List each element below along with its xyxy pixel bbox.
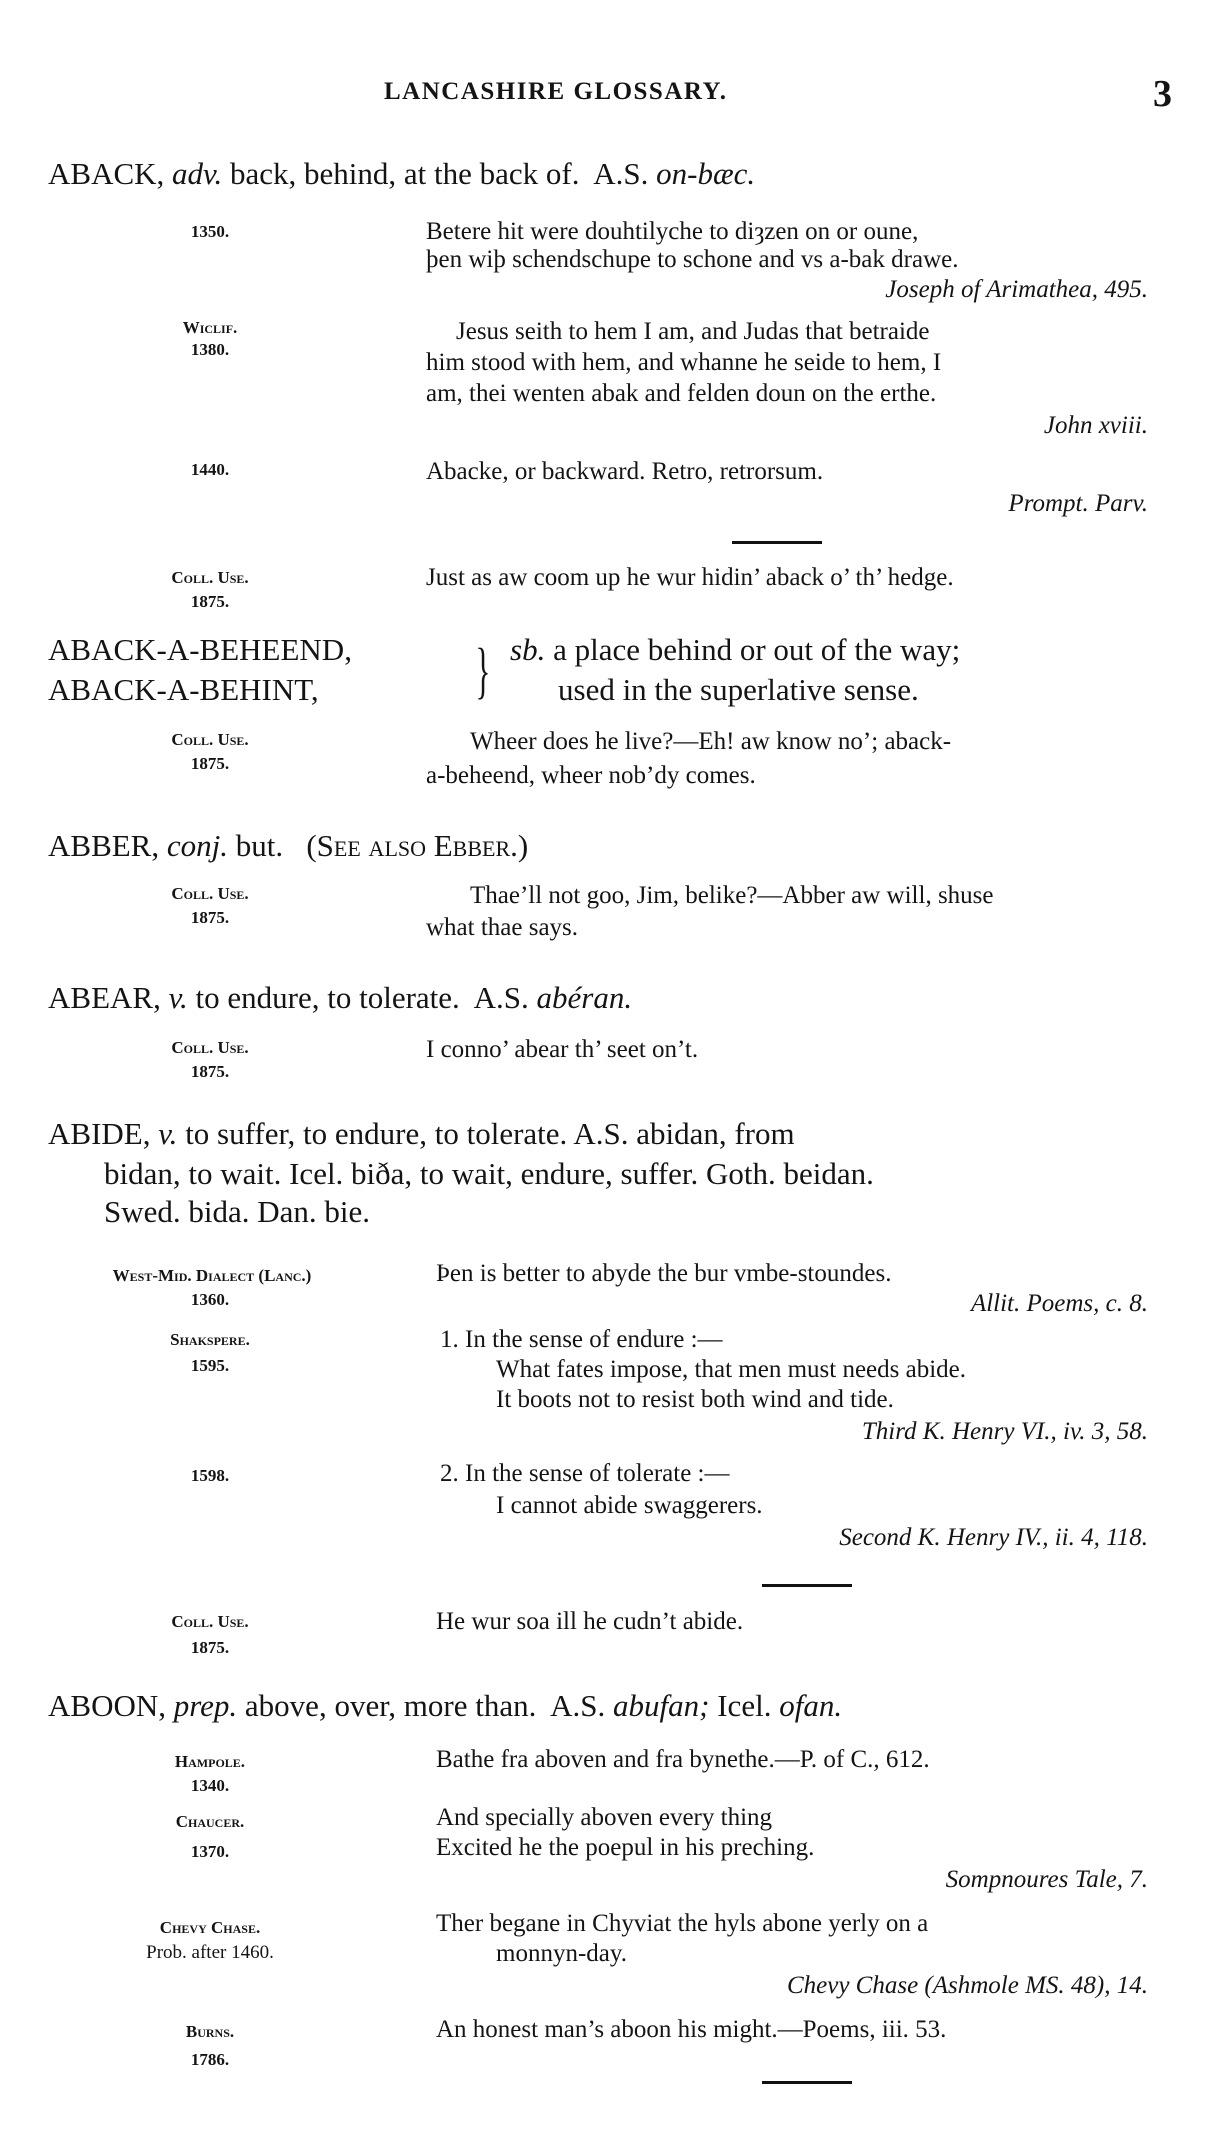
quote-line: It boots not to resist both wind and tid… xyxy=(496,1386,894,1414)
quote-line: Wheer does he live?—Eh! aw know no’; aba… xyxy=(470,728,951,756)
quote-line: What fates impose, that men must needs a… xyxy=(496,1356,966,1384)
definition: to suffer, to endure, to tolerate. A.S. … xyxy=(185,1116,794,1151)
citation-year: 1875. xyxy=(110,592,310,612)
cross-reference-link[interactable]: (See also Ebber.) xyxy=(306,828,528,863)
headword: ABACK, xyxy=(48,156,164,191)
quote-line: am, thei wenten abak and felden doun on … xyxy=(426,380,936,408)
citation-source: Sompnoures Tale, 7. xyxy=(946,1866,1148,1894)
etymology-language: A.S. xyxy=(550,1688,605,1723)
citation-author: Coll. Use. xyxy=(110,1612,310,1632)
definition: sb. a place behind or out of the way; xyxy=(510,632,960,668)
quote-line: Ther begane in Chyviat the hyls abone ye… xyxy=(436,1910,928,1938)
citation-author: Coll. Use. xyxy=(110,1038,310,1058)
quote-line: And specially aboven every thing xyxy=(436,1804,772,1832)
citation-author: Shakspere. xyxy=(110,1330,310,1350)
quote-line: I cannot abide swaggerers. xyxy=(496,1492,763,1520)
sense-heading: 1. In the sense of endure :— xyxy=(440,1326,723,1354)
entry-abear-headline: ABEAR, v. to endure, to tolerate. A.S. a… xyxy=(48,980,632,1016)
citation-source: Joseph of Arimathea, 495. xyxy=(885,276,1148,304)
citation-author: Burns. xyxy=(110,2022,310,2042)
etymology-word: ofan. xyxy=(779,1688,842,1723)
citation-year: 1360. xyxy=(110,1290,310,1310)
quote-line: a-beheend, wheer nob’dy comes. xyxy=(426,762,756,790)
quote-line: Bathe fra aboven and fra bynethe.—P. of … xyxy=(436,1746,930,1774)
quote-line: what thae says. xyxy=(426,914,578,942)
citation-author: Hampole. xyxy=(110,1752,310,1772)
citation-year: 1440. xyxy=(110,460,310,480)
definition-continued: bidan, to wait. Icel. biða, to wait, end… xyxy=(104,1156,874,1192)
section-rule xyxy=(762,2081,852,2084)
citation-source: Second K. Henry IV., ii. 4, 118. xyxy=(839,1524,1148,1552)
quote-line: I conno’ abear th’ seet on’t. xyxy=(426,1036,698,1064)
quote-line: He wur soa ill he cudn’t abide. xyxy=(436,1608,743,1636)
quote-line: Just as aw coom up he wur hidin’ aback o… xyxy=(426,564,954,592)
citation-author: Chevy Chase. xyxy=(110,1918,310,1938)
part-of-speech: prep. xyxy=(174,1688,237,1723)
citation-year: 1598. xyxy=(110,1466,310,1486)
part-of-speech: v. xyxy=(158,1116,177,1151)
etymology-word: abufan; xyxy=(613,1688,709,1723)
quote-line: þen wiþ schendschupe to schone and vs a-… xyxy=(426,246,958,274)
definition: above, over, more than. xyxy=(245,1688,536,1723)
citation-year: 1380. xyxy=(110,340,310,360)
section-rule xyxy=(762,1584,852,1587)
quote-line: Jesus seith to hem I am, and Judas that … xyxy=(456,318,930,346)
part-of-speech: v. xyxy=(169,980,188,1015)
citation-year: 1370. xyxy=(110,1842,310,1862)
definition: to endure, to tolerate. xyxy=(196,980,460,1015)
page-number: 3 xyxy=(1153,72,1172,116)
citation-year: 1786. xyxy=(110,2050,310,2070)
quote-line: Betere hit were douhtilyche to diȝzen on… xyxy=(426,218,918,246)
citation-author: Coll. Use. xyxy=(110,884,310,904)
citation-year: 1875. xyxy=(110,1062,310,1082)
quote-line: Thae’ll not goo, Jim, belike?—Abber aw w… xyxy=(470,882,994,910)
headword: ABACK-A-BEHEEND, xyxy=(48,632,352,668)
quote-line: him stood with hem, and whanne he seide … xyxy=(426,349,941,377)
citation-author: Coll. Use. xyxy=(110,568,310,588)
etymology-word: abéran. xyxy=(537,980,633,1015)
citation-author: Wiclif. xyxy=(110,318,310,338)
citation-year: 1875. xyxy=(110,754,310,774)
citation-source: Chevy Chase (Ashmole MS. 48), 14. xyxy=(787,1972,1148,2000)
citation-year: 1875. xyxy=(110,908,310,928)
headword-variant: ABACK-A-BEHINT, xyxy=(48,672,319,708)
entry-aboon-headline: ABOON, prep. above, over, more than. A.S… xyxy=(48,1688,842,1724)
citation-source: Allit. Poems, c. 8. xyxy=(971,1290,1148,1318)
section-rule xyxy=(732,541,822,544)
etymology-language: Icel. xyxy=(717,1688,771,1723)
quote-line: Þen is better to abyde the bur vmbe-stou… xyxy=(436,1260,891,1288)
entry-abber-headline: ABBER, conj. but. (See also Ebber.) xyxy=(48,828,528,864)
definition: but. xyxy=(236,828,283,863)
citation-source: Prompt. Parv. xyxy=(1008,490,1148,518)
quote-line: monnyn-day. xyxy=(496,1940,627,1968)
citation-author: Coll. Use. xyxy=(110,730,310,750)
etymology-word: on-bæc. xyxy=(656,156,755,191)
part-of-speech: sb. xyxy=(510,632,545,667)
definition-continued: used in the superlative sense. xyxy=(558,672,919,708)
headword: ABOON, xyxy=(48,1688,166,1723)
entry-abide-headline: ABIDE, v. to suffer, to endure, to toler… xyxy=(48,1116,795,1152)
running-header: LANCASHIRE GLOSSARY. xyxy=(384,78,728,106)
part-of-speech: adv. xyxy=(172,156,222,191)
headword: ABIDE, xyxy=(48,1116,150,1151)
quote-line: Excited he the poepul in his preching. xyxy=(436,1834,814,1862)
brace-icon: } xyxy=(475,640,490,702)
citation-source: John xviii. xyxy=(1044,412,1148,440)
headword: ABBER, xyxy=(48,828,159,863)
etymology-language: A.S. xyxy=(474,980,529,1015)
headword: ABEAR, xyxy=(48,980,161,1015)
citation-year: Prob. after 1460. xyxy=(110,1942,310,1964)
definition: back, behind, at the back of. xyxy=(230,156,579,191)
citation-year: 1350. xyxy=(110,222,310,242)
sense-heading: 2. In the sense of tolerate :— xyxy=(440,1460,730,1488)
etymology-language: A.S. xyxy=(593,156,648,191)
citation-source: Third K. Henry VI., iv. 3, 58. xyxy=(862,1418,1148,1446)
citation-author: West-Mid. Dialect (Lanc.) xyxy=(52,1266,372,1286)
part-of-speech: conj. xyxy=(167,828,228,863)
citation-author: Chaucer. xyxy=(110,1812,310,1832)
entry-aback-headline: ABACK, adv. back, behind, at the back of… xyxy=(48,156,755,192)
quote-line: Abacke, or backward. Retro, retrorsum. xyxy=(426,458,823,486)
definition-continued: Swed. bida. Dan. bie. xyxy=(104,1194,370,1230)
citation-year: 1340. xyxy=(110,1776,310,1796)
citation-year: 1595. xyxy=(110,1356,310,1376)
quote-line: An honest man’s aboon his might.—Poems, … xyxy=(436,2016,946,2044)
citation-year: 1875. xyxy=(110,1638,310,1658)
